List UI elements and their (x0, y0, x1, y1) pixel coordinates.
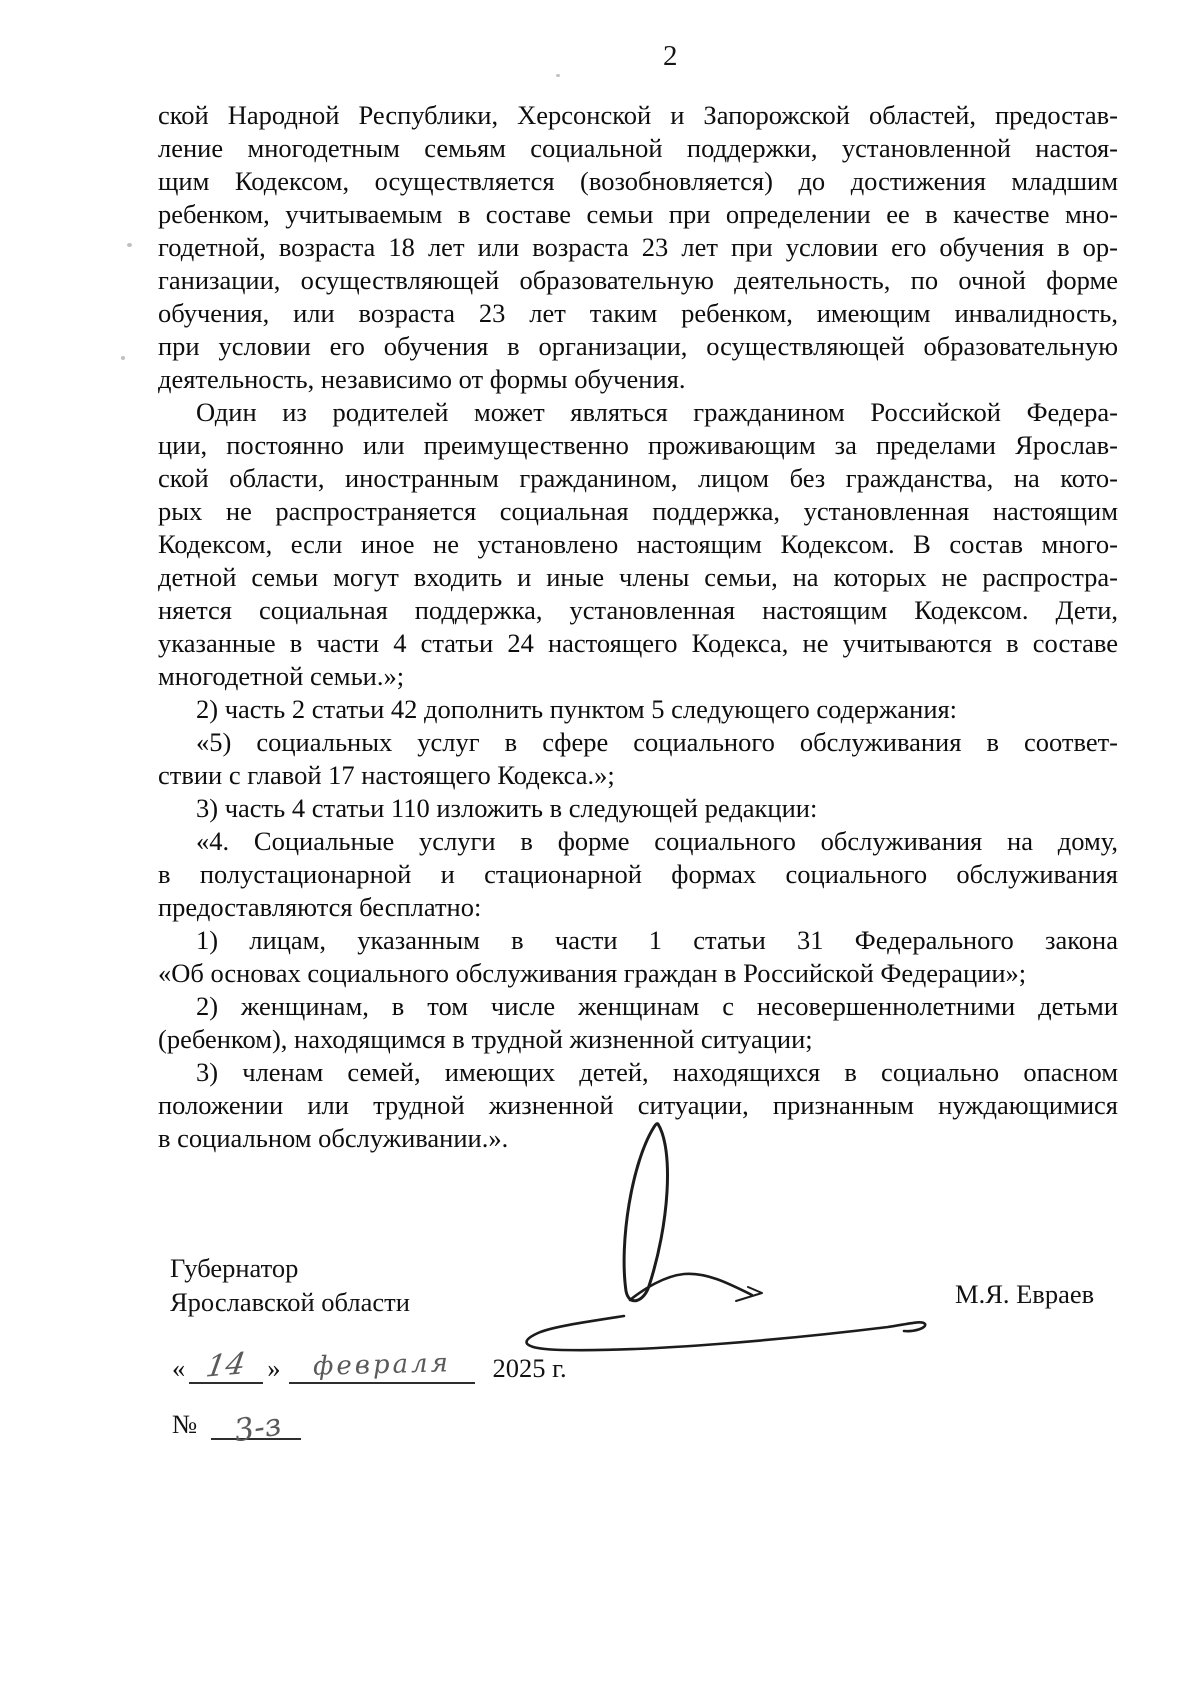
date-month-blank: февраля (289, 1346, 475, 1384)
text-line: многодетной семьи.»; (158, 660, 1118, 693)
text-line: 3) членам семей, имеющих детей, находящи… (158, 1056, 1118, 1089)
scan-speck (121, 356, 125, 360)
text-line: рых не распространяется социальная подде… (158, 495, 1118, 528)
text-line: в социальном обслуживании.». (158, 1122, 1118, 1155)
text-line: ской Народной Республики, Херсонской и З… (158, 99, 1118, 132)
text-line: указанные в части 4 статьи 24 настоящего… (158, 627, 1118, 660)
text-line: ление многодетным семьям социальной подд… (158, 132, 1118, 165)
text-line: (ребенком), находящимся в трудной жизнен… (158, 1023, 1118, 1056)
text-line: «4. Социальные услуги в форме социальног… (158, 825, 1118, 858)
signer-title-line2: Ярославской области (170, 1285, 410, 1319)
date-day-handwritten: 14 (204, 1346, 249, 1384)
text-line: ствии с главой 17 настоящего Кодекса.»; (158, 759, 1118, 792)
scan-speck (556, 74, 560, 77)
number-handwritten: 3-з (231, 1406, 283, 1449)
date-day-blank: 14 (189, 1346, 263, 1384)
text-line: деятельность, независимо от формы обучен… (158, 363, 1118, 396)
text-line: 2) женщинам, в том числе женщинам с несо… (158, 990, 1118, 1023)
signer-title: Губернатор Ярославской области (170, 1251, 410, 1319)
text-line: 3) часть 4 статьи 110 изложить в следующ… (158, 792, 1118, 825)
document-body: ской Народной Республики, Херсонской и З… (158, 99, 1118, 1155)
document-page: 2 ской Народной Республики, Херсонской и… (0, 0, 1200, 1697)
text-line: положении или трудной жизненной ситуации… (158, 1089, 1118, 1122)
text-line: 2) часть 2 статьи 42 дополнить пунктом 5… (158, 693, 1118, 726)
date-line: «14»февраля2025 г. (172, 1346, 567, 1384)
text-line: «Об основах социального обслуживания гра… (158, 957, 1118, 990)
text-line: ции, постоянно или преимущественно прожи… (158, 429, 1118, 462)
text-line: ребенком, учитываемым в составе семьи пр… (158, 198, 1118, 231)
text-line: при условии его обучения в организации, … (158, 330, 1118, 363)
text-line: няется социальная поддержка, установленн… (158, 594, 1118, 627)
text-line: годетной, возраста 18 лет или возраста 2… (158, 231, 1118, 264)
date-close-quote: » (267, 1353, 280, 1383)
text-line: «5) социальных услуг в сфере социального… (158, 726, 1118, 759)
text-line: ганизации, осуществляющей образовательну… (158, 264, 1118, 297)
text-line: предоставляются бесплатно: (158, 891, 1118, 924)
text-line: ской области, иностранным гражданином, л… (158, 462, 1118, 495)
page-number: 2 (663, 40, 678, 73)
text-line: детной семьи могут входить и иные члены … (158, 561, 1118, 594)
text-line: в полустационарной и стационарной формах… (158, 858, 1118, 891)
date-year: 2025 г. (493, 1353, 567, 1383)
number-blank: 3-з (211, 1402, 301, 1440)
number-sign: № (172, 1409, 197, 1439)
signer-title-line1: Губернатор (170, 1251, 410, 1285)
signer-name: М.Я. Евраев (955, 1279, 1094, 1310)
scan-speck (127, 243, 132, 247)
text-line: Один из родителей может являться граждан… (158, 396, 1118, 429)
date-open-quote: « (172, 1353, 185, 1383)
text-line: 1) лицам, указанным в части 1 статьи 31 … (158, 924, 1118, 957)
date-month-handwritten: февраля (312, 1348, 451, 1382)
text-line: Кодексом, если иное не установлено насто… (158, 528, 1118, 561)
text-line: щим Кодексом, осуществляется (возобновля… (158, 165, 1118, 198)
text-line: обучения, или возраста 23 лет таким ребе… (158, 297, 1118, 330)
document-number-line: №3-з (172, 1402, 301, 1440)
